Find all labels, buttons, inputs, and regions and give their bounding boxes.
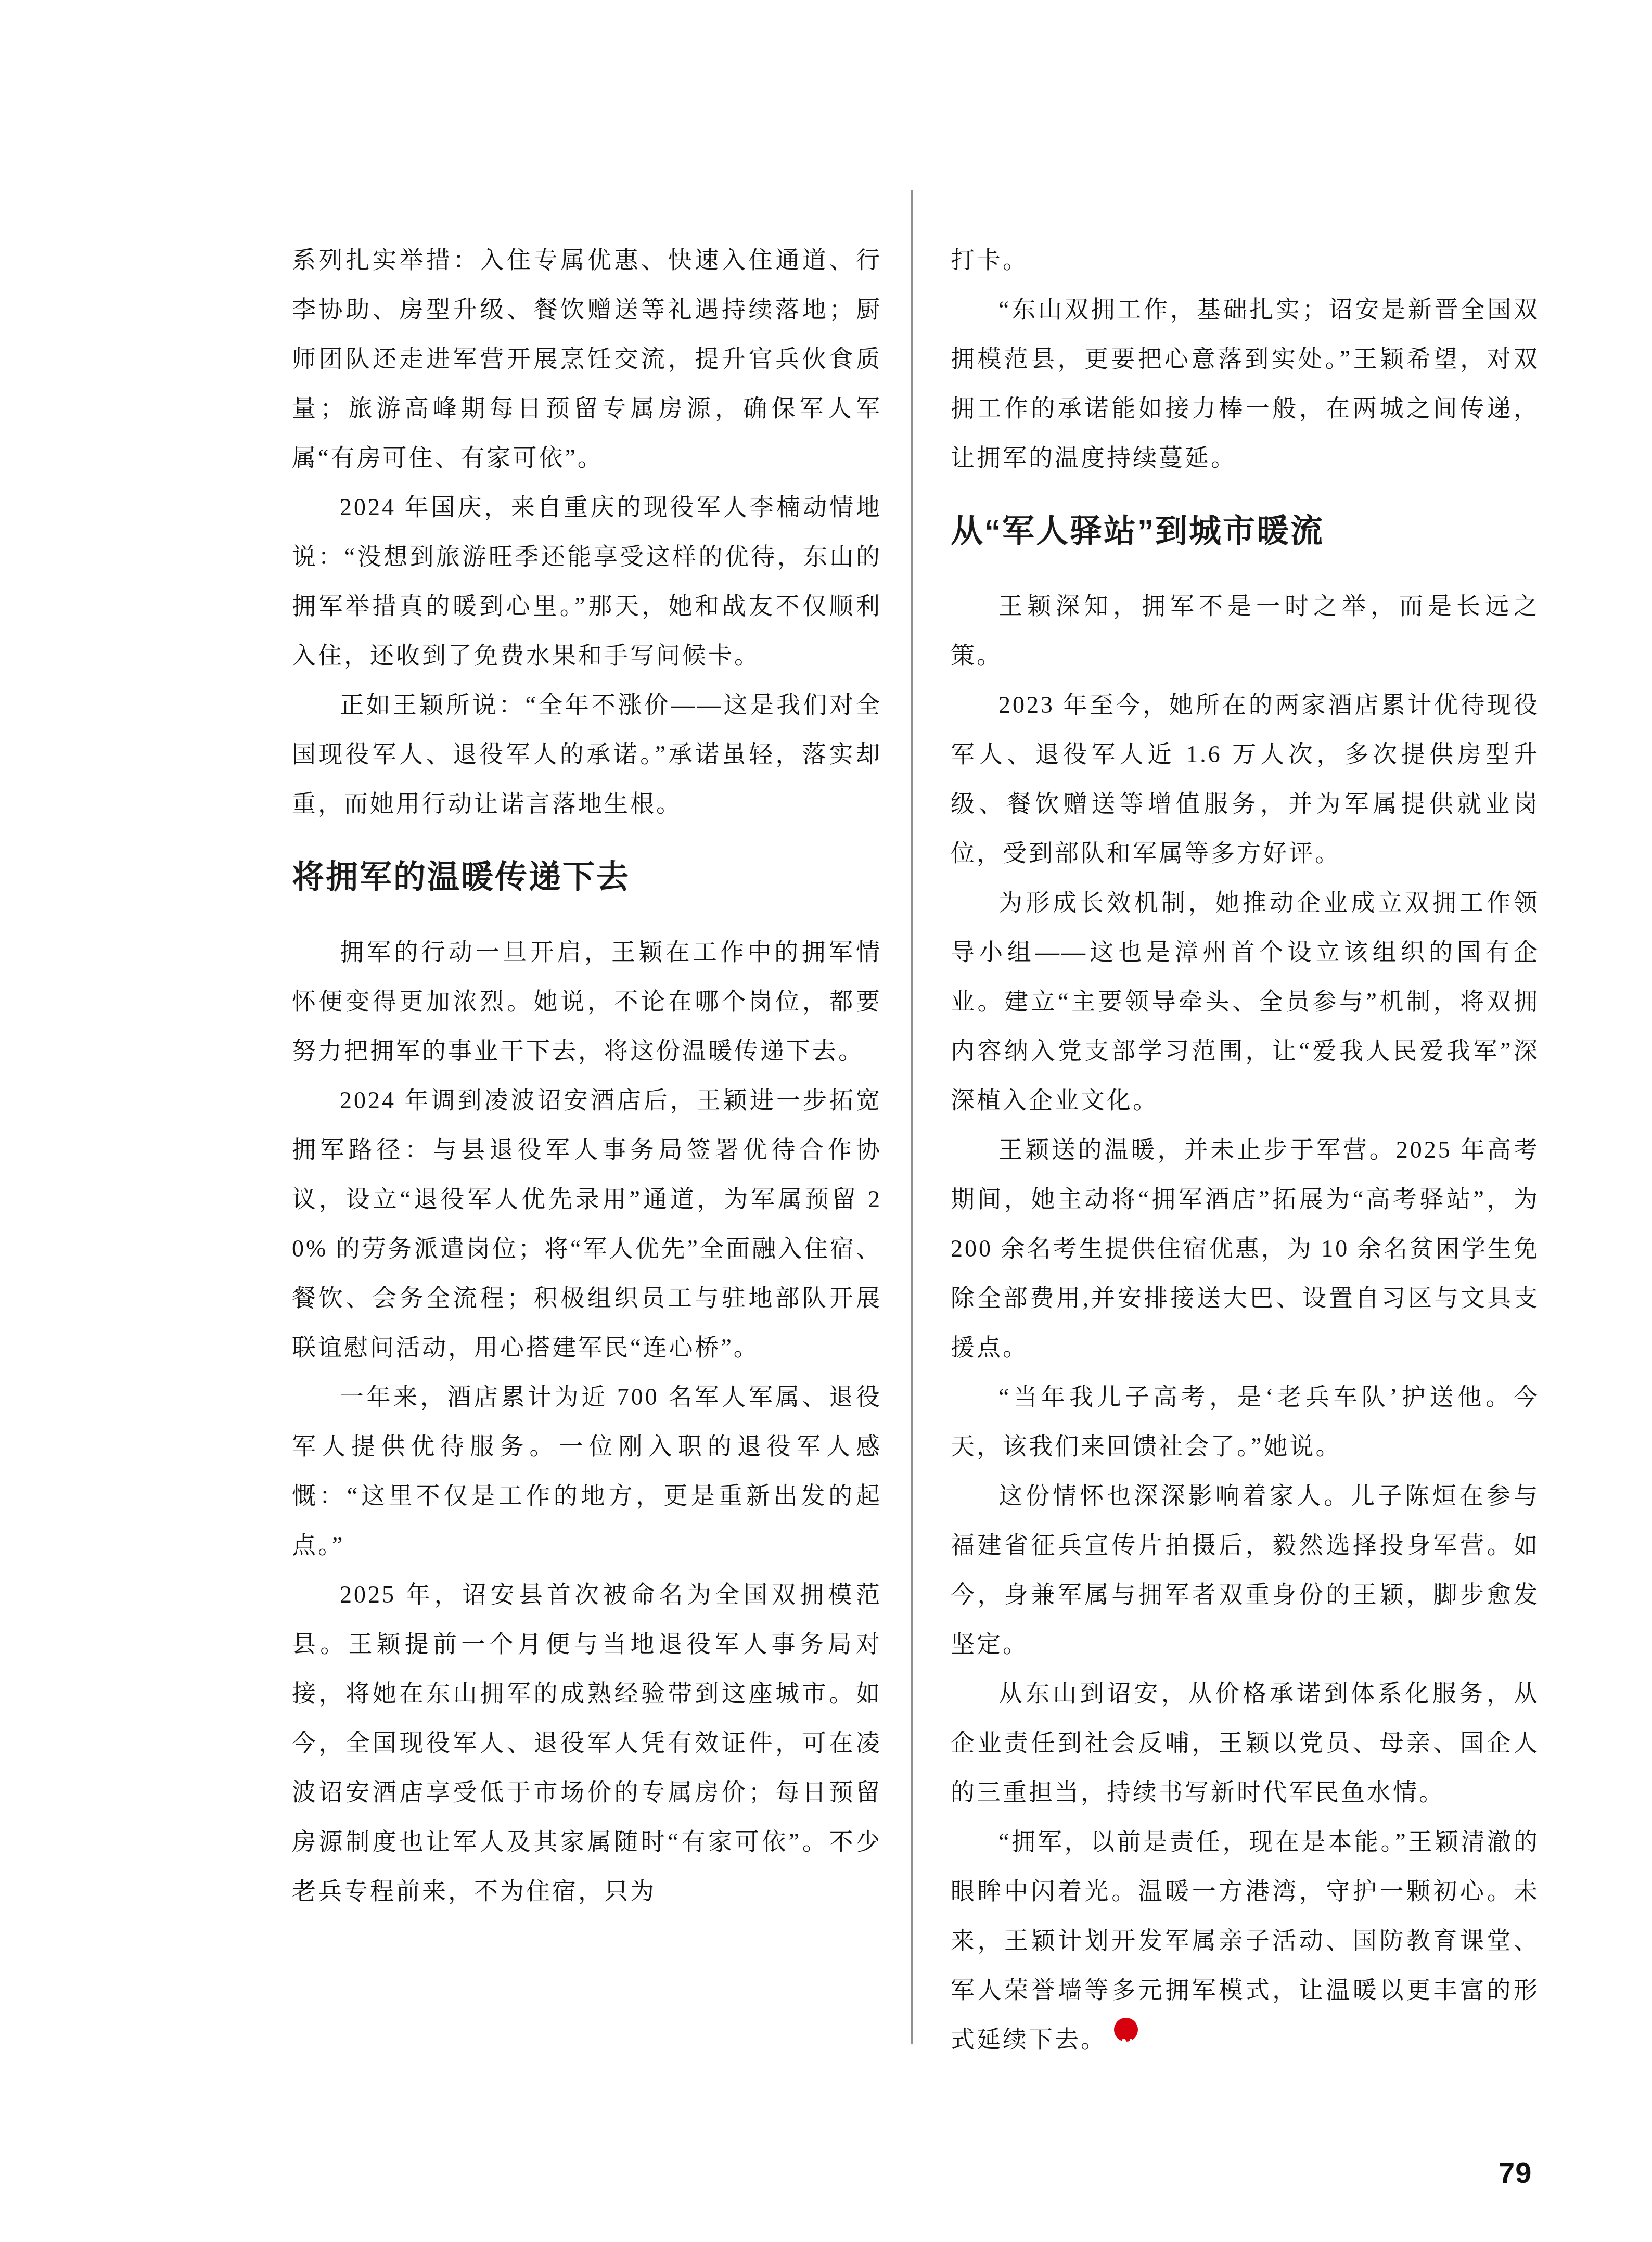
paragraph: 正如王颖所说：“全年不涨价——这是我们对全国现役军人、退役军人的承诺。”承诺虽轻… xyxy=(292,680,882,828)
column-divider-rule xyxy=(911,190,913,2044)
page-number: 79 xyxy=(1499,2157,1532,2188)
right-column: 打卡。 “东山双拥工作，基础扎实；诏安是新晋全国双拥模范县，更要把心意落到实处。… xyxy=(951,235,1540,2064)
paragraph: 2023 年至今，她所在的两家酒店累计优待现役军人、退役军人近 1.6 万人次，… xyxy=(951,680,1540,878)
paragraph: 为形成长效机制，她推动企业成立双拥工作领导小组——这也是漳州首个设立该组织的国有… xyxy=(951,878,1540,1125)
section-heading-pass-on-warmth: 将拥军的温暖传递下去 xyxy=(292,828,882,927)
paragraph-continuation: 打卡。 xyxy=(951,235,1540,285)
paragraph: 从东山到诏安，从价格承诺到体系化服务，从企业责任到社会反哺，王颖以党员、母亲、国… xyxy=(951,1669,1540,1817)
paragraph: “当年我儿子高考，是‘老兵车队’护送他。今天，该我们来回馈社会了。”她说。 xyxy=(951,1372,1540,1471)
paragraph-continuation: 系列扎实举措：入住专属优惠、快速入住通道、行李协助、房型升级、餐饮赠送等礼遇持续… xyxy=(292,235,882,482)
paragraph: 拥军的行动一旦开启，王颖在工作中的拥军情怀便变得更加浓烈。她说，不论在哪个岗位，… xyxy=(292,927,882,1075)
paragraph: 王颖深知，拥军不是一时之举，而是长远之策。 xyxy=(951,581,1540,680)
paragraph: 2024 年国庆，来自重庆的现役军人李楠动情地说：“没想到旅游旺季还能享受这样的… xyxy=(292,482,882,680)
paragraph: 2024 年调到凌波诏安酒店后，王颖进一步拓宽拥军路径：与县退役军人事务局签署优… xyxy=(292,1075,882,1372)
paragraph: 2025 年，诏安县首次被命名为全国双拥模范县。王颖提前一个月便与当地退役军人事… xyxy=(292,1570,882,1916)
section-heading-soldier-station: 从“军人驿站”到城市暖流 xyxy=(951,482,1540,581)
magazine-page: 系列扎实举措：入住专属优惠、快速入住通道、行李协助、房型升级、餐饮赠送等礼遇持续… xyxy=(0,0,1652,2242)
paragraph-last: “拥军，以前是责任，现在是本能。”王颖清澈的眼眸中闪着光。温暖一方港湾，守护一颗… xyxy=(951,1817,1540,2064)
paragraph-text: “拥军，以前是责任，现在是本能。”王颖清澈的眼眸中闪着光。温暖一方港湾，守护一颗… xyxy=(951,1828,1540,2053)
paragraph: 一年来，酒店累计为近 700 名军人军属、退役军人提供优待服务。一位刚入职的退役… xyxy=(292,1372,882,1570)
end-of-article-letter: N xyxy=(1120,2035,1132,2054)
paragraph: “东山双拥工作，基础扎实；诏安是新晋全国双拥模范县，更要把心意落到实处。”王颖希… xyxy=(951,285,1540,482)
paragraph: 王颖送的温暖，并未止步于军营。2025 年高考期间，她主动将“拥军酒店”拓展为“… xyxy=(951,1125,1540,1372)
paragraph: 这份情怀也深深影响着家人。儿子陈烜在参与福建省征兵宣传片拍摄后，毅然选择投身军营… xyxy=(951,1471,1540,1669)
end-of-article-icon: N xyxy=(1114,2018,1138,2042)
left-column: 系列扎实举措：入住专属优惠、快速入住通道、行李协助、房型升级、餐饮赠送等礼遇持续… xyxy=(292,235,882,1916)
